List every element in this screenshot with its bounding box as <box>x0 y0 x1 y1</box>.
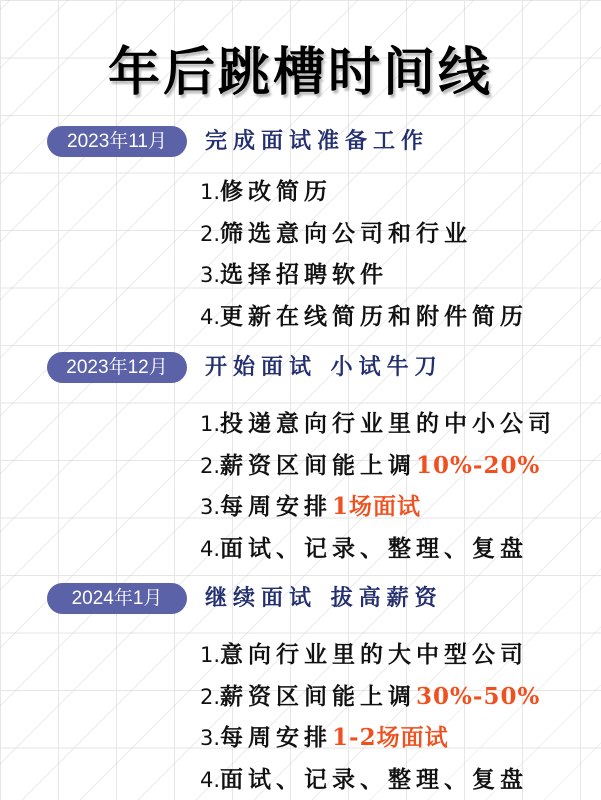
item-text: 面试、记录、整理、复盘 <box>220 766 528 793</box>
item-text: 意向行业里的大中型公司 <box>220 641 528 668</box>
list-item: 4.面试、记录、整理、复盘 <box>200 528 556 570</box>
list-item: 4.面试、记录、整理、复盘 <box>200 759 540 800</box>
item-text: 筛选意向公司和行业 <box>220 220 472 247</box>
item-number: 1. <box>200 412 220 436</box>
item-number: 2. <box>200 454 220 478</box>
item-text: 投递意向行业里的中小公司 <box>220 410 556 437</box>
item-number: 4. <box>200 768 220 792</box>
item-number: 4. <box>200 305 220 329</box>
item-number: 1. <box>200 180 220 204</box>
list-item: 4.更新在线简历和附件简历 <box>200 296 528 338</box>
item-text: 薪资区间能上调 <box>220 452 416 479</box>
item-highlight: 1场面试 <box>332 493 421 520</box>
item-text: 每周安排 <box>220 724 332 751</box>
item-text: 选择招聘软件 <box>220 261 388 288</box>
item-number: 2. <box>200 222 220 246</box>
item-number: 1. <box>200 643 220 667</box>
list-item: 3.每周安排1-2场面试 <box>200 717 540 759</box>
item-highlight: 30%-50% <box>416 683 540 710</box>
item-number: 4. <box>200 537 220 561</box>
date-badge: 2023年12月 <box>47 352 187 383</box>
page-title: 年后跳槽时间线 <box>0 30 601 105</box>
item-text: 更新在线简历和附件简历 <box>220 303 528 330</box>
item-highlight: 1-2场面试 <box>332 724 449 751</box>
item-text: 修改简历 <box>220 178 332 205</box>
list-item: 3.选择招聘软件 <box>200 254 528 296</box>
item-number: 3. <box>200 726 220 750</box>
item-text: 每周安排 <box>220 493 332 520</box>
list-item: 2.筛选意向公司和行业 <box>200 213 528 255</box>
item-text: 面试、记录、整理、复盘 <box>220 535 528 562</box>
task-list: 1.意向行业里的大中型公司 2.薪资区间能上调30%-50% 3.每周安排1-2… <box>200 634 540 800</box>
task-list: 1.投递意向行业里的中小公司 2.薪资区间能上调10%-20% 3.每周安排1场… <box>200 403 556 570</box>
task-list: 1.修改简历 2.筛选意向公司和行业 3.选择招聘软件 4.更新在线简历和附件简… <box>200 171 528 338</box>
list-item: 3.每周安排1场面试 <box>200 486 556 528</box>
section-heading: 完成面试准备工作 <box>205 126 429 157</box>
list-item: 1.意向行业里的大中型公司 <box>200 634 540 676</box>
list-item: 1.投递意向行业里的中小公司 <box>200 403 556 445</box>
section-heading: 开始面试 小试牛刀 <box>205 352 443 383</box>
date-badge: 2023年11月 <box>47 126 187 157</box>
date-badge: 2024年1月 <box>47 583 187 614</box>
list-item: 2.薪资区间能上调30%-50% <box>200 676 540 718</box>
section-heading: 继续面试 拔高薪资 <box>205 583 443 614</box>
item-number: 2. <box>200 685 220 709</box>
item-number: 3. <box>200 495 220 519</box>
item-text: 薪资区间能上调 <box>220 683 416 710</box>
list-item: 1.修改简历 <box>200 171 528 213</box>
list-item: 2.薪资区间能上调10%-20% <box>200 445 556 487</box>
item-number: 3. <box>200 263 220 287</box>
item-highlight: 10%-20% <box>416 452 540 479</box>
